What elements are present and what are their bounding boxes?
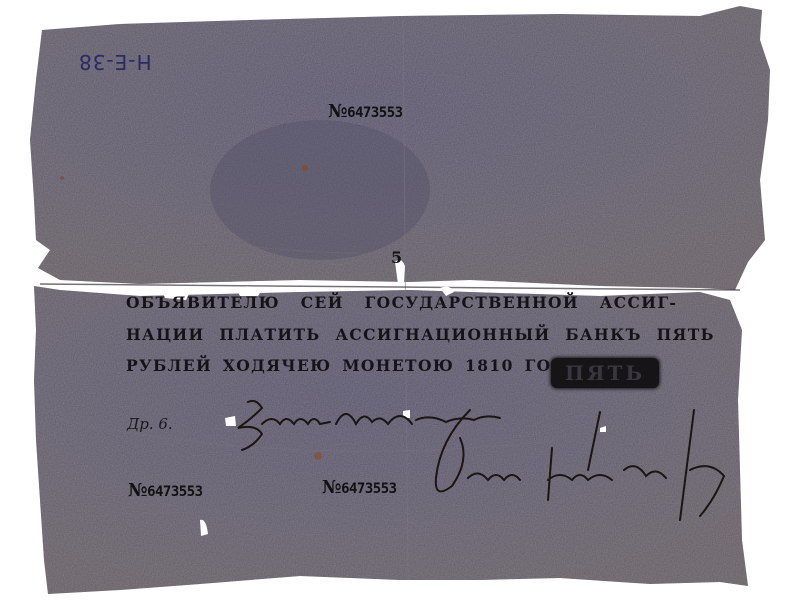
text-line-3: рублей ходячею монетою 1810 года. (126, 356, 588, 375)
serial-digits: 6473553 (147, 484, 203, 500)
denomination-digit: 5 (391, 248, 402, 267)
denomination-stamp: ПЯТЬ (551, 358, 659, 388)
banknote: Н-Е-38 №6473553 5 Объявителю сей государ… (0, 0, 800, 611)
numero-sign: № (128, 480, 147, 501)
text-line-1: Объявителю сей государственной ассиг- (126, 293, 677, 312)
archive-inventory-mark: Н-Е-38 (78, 50, 152, 74)
numero-sign: № (328, 101, 347, 122)
serial-number-top: №6473553 (328, 101, 403, 122)
serial-number-bottom-middle: №6473553 (322, 477, 397, 498)
serial-digits: 6473553 (341, 481, 397, 497)
serial-number-bottom-left: №6473553 (128, 480, 203, 501)
clerk-label: Др. 6. (127, 415, 173, 433)
serial-digits: 6473553 (347, 105, 403, 121)
numero-sign: № (322, 477, 341, 498)
text-line-2: нации платить ассигнационный банкъ пять (126, 325, 715, 344)
